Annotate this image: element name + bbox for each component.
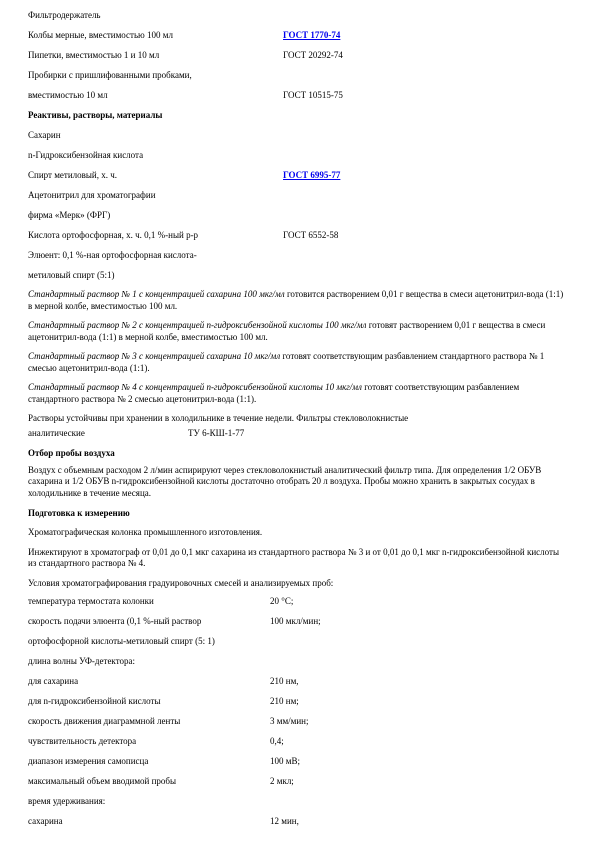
stability-note: Растворы устойчивы при хранении в холоди… xyxy=(28,413,567,439)
solution-name: Стандартный раствор № 2 с концентрацией … xyxy=(28,320,366,330)
parameters-list: температура термостата колонки 20 °C; ск… xyxy=(28,595,567,827)
item-label: Кислота ортофосфорная, х. ч. 0,1 %-ный р… xyxy=(28,230,198,240)
parameter-row: температура термостата колонки 20 °C; xyxy=(28,595,567,607)
parameter-label: для n-гидроксибензойной кислоты xyxy=(28,696,161,706)
reagent-row: Кислота ортофосфорная, х. ч. 0,1 %-ный р… xyxy=(28,229,567,241)
stability-line2: аналитические ТУ 6-КШ-1-77 xyxy=(28,427,567,439)
item-label: Пипетки, вместимостью 1 и 10 мл xyxy=(28,50,159,60)
gost-link-6995-77[interactable]: ГОСТ 6995-77 xyxy=(283,169,340,181)
parameter-value: 2 мкл; xyxy=(270,775,294,787)
reagent-row: Элюент: 0,1 %-ная ортофосфорная кислота- xyxy=(28,249,567,261)
parameter-label: чувствительность детектора xyxy=(28,736,136,746)
item-label: Фильтродержатель xyxy=(28,10,101,20)
reagent-row: Спирт метиловый, х. ч. ГОСТ 6995-77 xyxy=(28,169,567,181)
gost-value: ГОСТ 6552-58 xyxy=(283,229,338,241)
parameter-row: ортофосфорной кислоты-метиловый спирт (5… xyxy=(28,635,567,647)
air-sampling-heading: Отбор пробы воздуха xyxy=(28,447,567,459)
solution-name: Стандартный раствор № 4 с концентрацией … xyxy=(28,382,362,392)
parameter-row: для сахарина 210 нм, xyxy=(28,675,567,687)
parameter-row: время удерживания: xyxy=(28,795,567,807)
parameter-label: для сахарина xyxy=(28,676,78,686)
item-label: метиловый спирт (5:1) xyxy=(28,270,114,280)
reagents-list: Сахарин n-Гидроксибензойная кислота Спир… xyxy=(28,129,567,281)
equipment-row: вместимостью 10 мл ГОСТ 10515-75 xyxy=(28,89,567,101)
standard-solution-paragraph-2: Стандартный раствор № 2 с концентрацией … xyxy=(28,320,567,343)
item-label: Спирт метиловый, х. ч. xyxy=(28,170,117,180)
parameter-label: температура термостата колонки xyxy=(28,596,154,606)
parameter-value: 210 нм; xyxy=(270,695,299,707)
item-label: Элюент: 0,1 %-ная ортофосфорная кислота- xyxy=(28,250,197,260)
injection-paragraph: Инжектируют в хроматограф от 0,01 до 0,1… xyxy=(28,547,567,570)
item-label: вместимостью 10 мл xyxy=(28,90,108,100)
parameter-value: 12 мин, xyxy=(270,815,299,827)
standard-solution-paragraph-4: Стандартный раствор № 4 с концентрацией … xyxy=(28,382,567,405)
parameter-row: диапазон измерения самописца 100 мВ; xyxy=(28,755,567,767)
gost-link-1770-74[interactable]: ГОСТ 1770-74 xyxy=(283,29,340,41)
gost-value: ГОСТ 20292-74 xyxy=(283,49,343,61)
document-page: Фильтродержатель Колбы мерные, вместимос… xyxy=(0,0,595,827)
preparation-heading: Подготовка к измерению xyxy=(28,507,567,519)
item-label: Сахарин xyxy=(28,130,61,140)
parameter-row: максимальный объем вводимой пробы 2 мкл; xyxy=(28,775,567,787)
parameter-label: максимальный объем вводимой пробы xyxy=(28,776,176,786)
reagent-row: Сахарин xyxy=(28,129,567,141)
equipment-row: Пробирки с пришлифованными пробками, xyxy=(28,69,567,81)
parameter-row: сахарина 12 мин, xyxy=(28,815,567,827)
parameter-row: для n-гидроксибензойной кислоты 210 нм; xyxy=(28,695,567,707)
parameter-label: ортофосфорной кислоты-метиловый спирт (5… xyxy=(28,636,215,646)
reagents-heading: Реактивы, растворы, материалы xyxy=(28,109,567,121)
item-label: Ацетонитрил для хроматографии xyxy=(28,190,156,200)
item-label: Пробирки с пришлифованными пробками, xyxy=(28,70,192,80)
equipment-row: Фильтродержатель xyxy=(28,9,567,21)
solution-name: Стандартный раствор № 3 с концентрацией … xyxy=(28,351,280,361)
reagent-row: метиловый спирт (5:1) xyxy=(28,269,567,281)
parameter-value: 100 мкл/мин; xyxy=(270,615,321,627)
parameter-label: сахарина xyxy=(28,816,63,826)
parameter-value: 100 мВ; xyxy=(270,755,300,767)
equipment-row: Пипетки, вместимостью 1 и 10 мл ГОСТ 202… xyxy=(28,49,567,61)
parameter-label: длина волны УФ-детектора: xyxy=(28,656,135,666)
parameter-value: 210 нм, xyxy=(270,675,299,687)
parameter-value: 0,4; xyxy=(270,735,284,747)
conditions-intro: Условия хроматографирования градуировочн… xyxy=(28,578,567,590)
parameter-label: скорость движения диаграммной ленты xyxy=(28,716,180,726)
column-note: Хроматографическая колонка промышленного… xyxy=(28,527,567,539)
air-sampling-paragraph: Воздух с объемным расходом 2 л/мин аспир… xyxy=(28,465,567,500)
standard-solution-paragraph-3: Стандартный раствор № 3 с концентрацией … xyxy=(28,351,567,374)
parameter-label: время удерживания: xyxy=(28,796,105,806)
tu-value: ТУ 6-КШ-1-77 xyxy=(188,427,244,439)
parameter-label: диапазон измерения самописца xyxy=(28,756,148,766)
stability-line1: Растворы устойчивы при хранении в холоди… xyxy=(28,413,567,425)
parameter-row: скорость подачи элюента (0,1 %-ный раств… xyxy=(28,615,567,627)
gost-value: ГОСТ 10515-75 xyxy=(283,89,343,101)
reagent-row: n-Гидроксибензойная кислота xyxy=(28,149,567,161)
parameter-label: скорость подачи элюента (0,1 %-ный раств… xyxy=(28,616,201,626)
reagent-row: фирма «Мерк» (ФРГ) xyxy=(28,209,567,221)
parameter-value: 20 °C; xyxy=(270,595,293,607)
standard-solution-paragraph-1: Стандартный раствор № 1 с концентрацией … xyxy=(28,289,567,312)
parameter-row: скорость движения диаграммной ленты 3 мм… xyxy=(28,715,567,727)
item-label: Колбы мерные, вместимостью 100 мл xyxy=(28,30,173,40)
parameter-row: длина волны УФ-детектора: xyxy=(28,655,567,667)
solution-name: Стандартный раствор № 1 с концентрацией … xyxy=(28,289,285,299)
parameter-row: чувствительность детектора 0,4; xyxy=(28,735,567,747)
parameter-value: 3 мм/мин; xyxy=(270,715,308,727)
item-label: фирма «Мерк» (ФРГ) xyxy=(28,210,110,220)
reagent-row: Ацетонитрил для хроматографии xyxy=(28,189,567,201)
item-label: аналитические xyxy=(28,428,85,438)
item-label: n-Гидроксибензойная кислота xyxy=(28,150,143,160)
equipment-list: Фильтродержатель Колбы мерные, вместимос… xyxy=(28,9,567,101)
section-heading-label: Реактивы, растворы, материалы xyxy=(28,110,162,120)
equipment-row: Колбы мерные, вместимостью 100 мл ГОСТ 1… xyxy=(28,29,567,41)
